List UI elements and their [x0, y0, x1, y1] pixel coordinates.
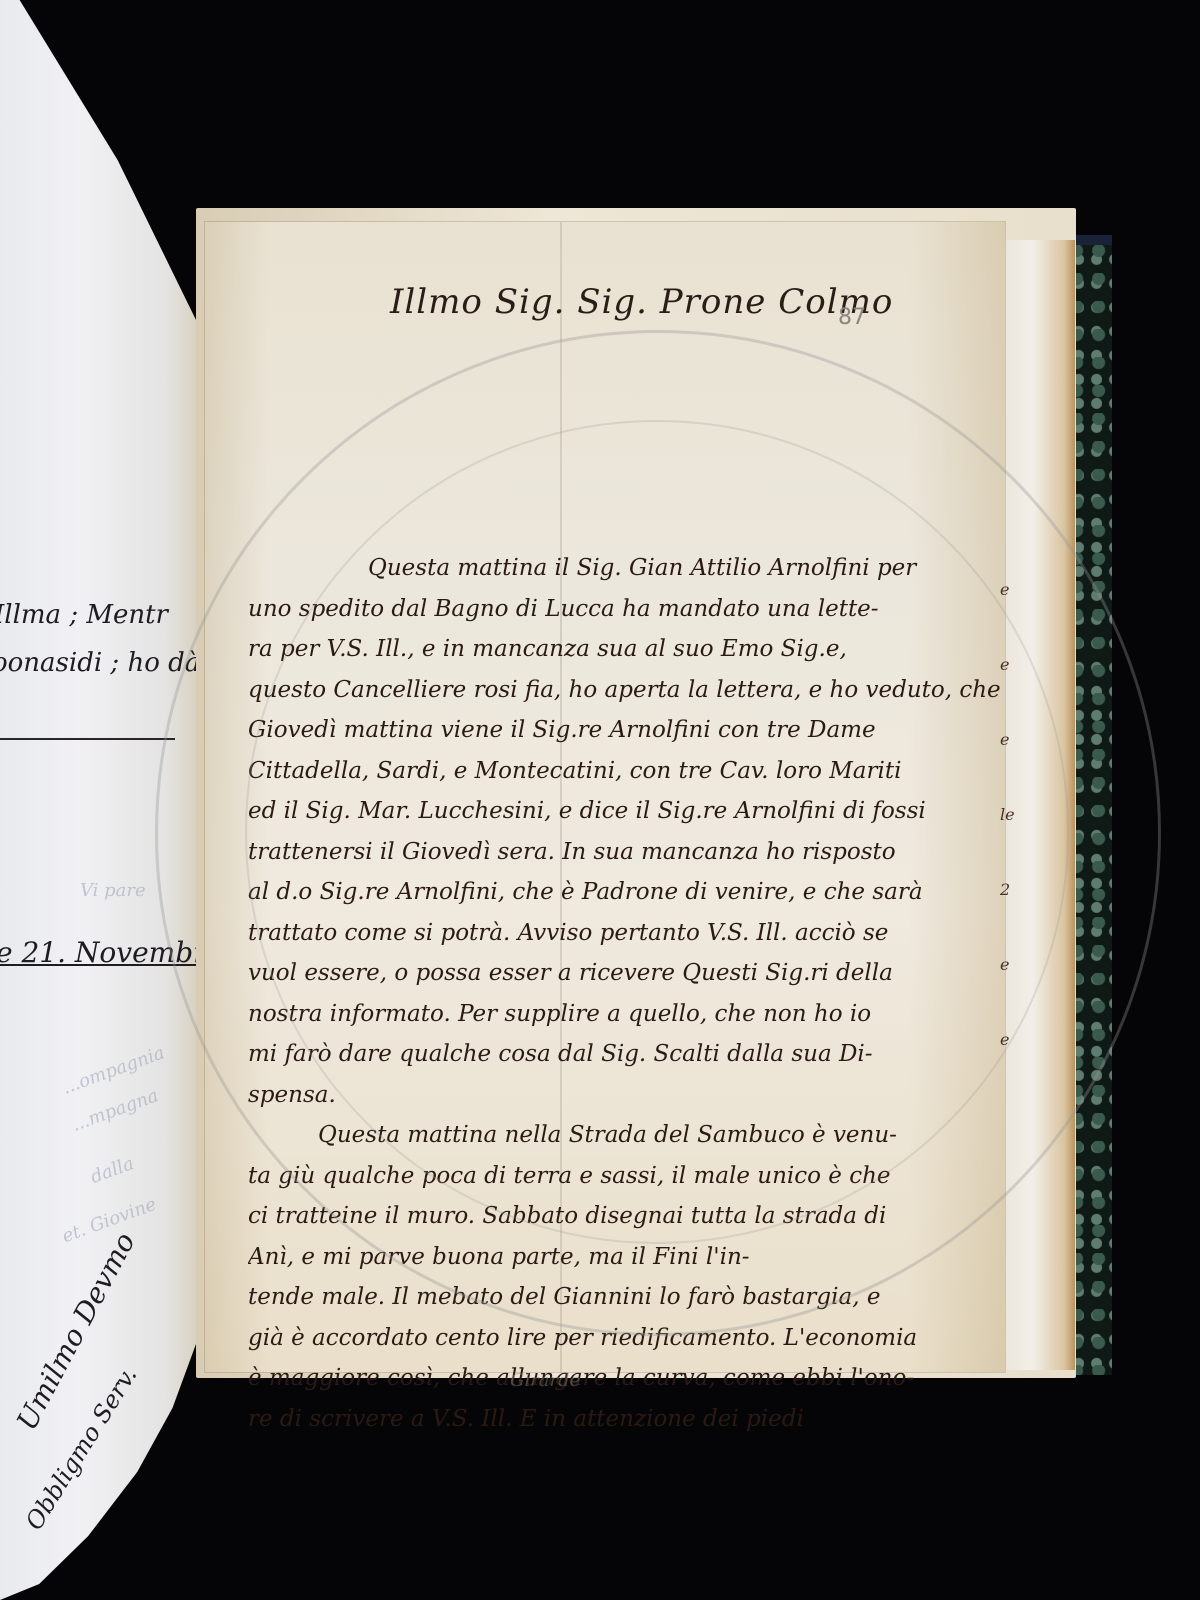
left-fragment-2: oonasidi ; ho dà: [0, 648, 200, 678]
left-page: Illma ; Mentr oonasidi ; ho dà e 21. Nov…: [0, 0, 196, 1600]
text-line: Questa mattina il Sig. Gian Attilio Arno…: [248, 548, 1008, 589]
folio-number: 87: [838, 305, 866, 330]
text-line: ci tratteine il muro. Sabbato disegnai t…: [248, 1196, 1008, 1237]
margin-mark: le: [1000, 805, 1030, 880]
left-fragment-1: Illma ; Mentr: [0, 600, 168, 630]
left-date-fragment: e 21. Novembre: [0, 936, 223, 969]
text-line: tende male. Il mebato del Giannini lo fa…: [248, 1277, 1008, 1318]
text-line: trattato come si potrà. Avviso pertanto …: [248, 913, 1008, 954]
text-line: ta giù qualche poca di terra e sassi, il…: [248, 1156, 1008, 1197]
text-line: al d.o Sig.re Arnolfini, che è Padrone d…: [248, 872, 1008, 913]
text-line: vuol essere, o possa esser a ricevere Qu…: [248, 953, 1008, 994]
text-line: ra per V.S. Ill., e in mancanza sua al s…: [248, 629, 1008, 670]
text-line: mi farò dare qualche cosa dal Sig. Scalt…: [248, 1034, 1008, 1075]
left-underline: [0, 738, 175, 740]
text-line: Giovedì mattina viene il Sig.re Arnolfin…: [248, 710, 1008, 751]
margin-marks: e e e le 2 e e: [1000, 580, 1030, 1105]
text-line: già è accordato cento lire per riedifica…: [248, 1318, 1008, 1359]
letter-body: Questa mattina il Sig. Gian Attilio Arno…: [248, 548, 1008, 1439]
text-line: nostra informato. Per supplire a quello,…: [248, 994, 1008, 1035]
left-bleed-1: Vi pare: [80, 880, 146, 901]
text-line: uno spedito dal Bagno di Lucca ha mandat…: [248, 589, 1008, 630]
text-line: è maggiore così, che allungare la curva,…: [248, 1358, 1008, 1399]
text-line: spensa.: [248, 1075, 1008, 1116]
margin-mark: e: [1000, 655, 1030, 730]
margin-mark: e: [1000, 730, 1030, 805]
bottom-bleed-note: Girarde: [510, 1370, 580, 1391]
margin-mark: e: [1000, 580, 1030, 655]
text-line: trattenersi il Giovedì sera. In sua manc…: [248, 832, 1008, 873]
letter-salutation: Illmo Sig. Sig. Prone Colmo: [390, 282, 893, 322]
text-line: ed il Sig. Mar. Lucchesini, e dice il Si…: [248, 791, 1008, 832]
left-bleed-4: dalla: [88, 1153, 137, 1188]
text-line: questo Cancelliere rosi fia, ho aperta l…: [248, 670, 1008, 711]
margin-mark: e: [1000, 1030, 1030, 1105]
text-line: Questa mattina nella Strada del Sambuco …: [248, 1115, 1008, 1156]
manuscript-photo: Illma ; Mentr oonasidi ; ho dà e 21. Nov…: [0, 0, 1200, 1600]
text-line: Cittadella, Sardi, e Montecatini, con tr…: [248, 751, 1008, 792]
margin-mark: 2: [1000, 880, 1030, 955]
text-line: re di scrivere a V.S. Ill. E in attenzio…: [248, 1399, 1008, 1440]
margin-mark: e: [1000, 955, 1030, 1030]
text-line: Anì, e mi parve buona parte, ma il Fini …: [248, 1237, 1008, 1278]
